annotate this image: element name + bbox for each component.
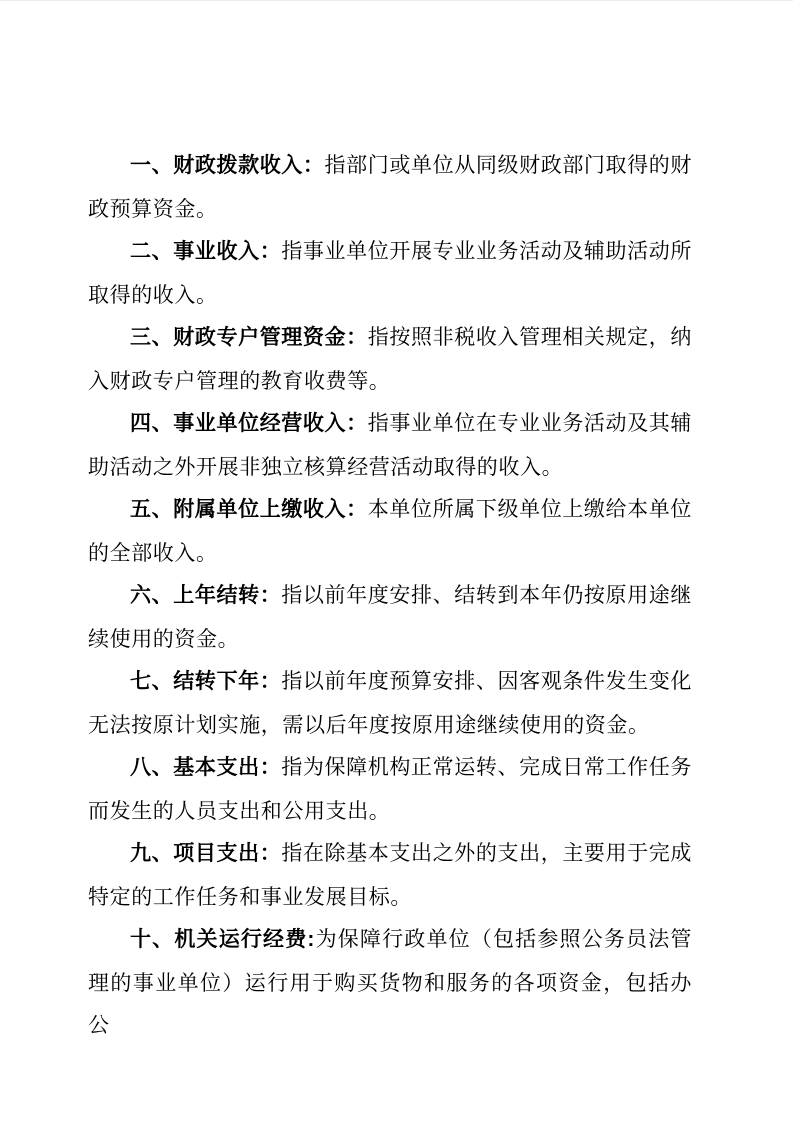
term-label: 九、项目支出： <box>130 842 281 865</box>
term-label: 七、结转下年： <box>130 670 281 693</box>
glossary-paragraph: 二、事业收入：指事业单位开展专业业务活动及辅助活动所取得的收入。 <box>88 230 692 316</box>
glossary-paragraph: 十、机关运行经费:为保障行政单位（包括参照公务员法管理的事业单位）运行用于购买货… <box>88 918 692 1047</box>
term-label: 六、上年结转： <box>130 584 281 607</box>
glossary-paragraph: 八、基本支出：指为保障机构正常运转、完成日常工作任务而发生的人员支出和公用支出。 <box>88 746 692 832</box>
term-label: 五、附属单位上缴收入： <box>130 498 368 521</box>
term-label: 四、事业单位经营收入： <box>130 412 368 435</box>
glossary-paragraph: 一、财政拨款收入：指部门或单位从同级财政部门取得的财政预算资金。 <box>88 144 692 230</box>
term-label: 一、财政拨款收入： <box>130 154 325 177</box>
glossary-paragraph: 五、附属单位上缴收入：本单位所属下级单位上缴给本单位的全部收入。 <box>88 488 692 574</box>
term-label: 八、基本支出： <box>130 756 281 779</box>
glossary-paragraph: 四、事业单位经营收入：指事业单位在专业业务活动及其辅助活动之外开展非独立核算经营… <box>88 402 692 488</box>
glossary-paragraph: 三、财政专户管理资金：指按照非税收入管理相关规定，纳入财政专户管理的教育收费等。 <box>88 316 692 402</box>
document-body: 一、财政拨款收入：指部门或单位从同级财政部门取得的财政预算资金。 二、事业收入：… <box>88 144 692 1047</box>
term-label: 二、事业收入： <box>130 240 281 263</box>
glossary-paragraph: 七、结转下年：指以前年度预算安排、因客观条件发生变化无法按原计划实施，需以后年度… <box>88 660 692 746</box>
term-label: 十、机关运行经费: <box>130 928 315 951</box>
glossary-paragraph: 九、项目支出：指在除基本支出之外的支出，主要用于完成特定的工作任务和事业发展目标… <box>88 832 692 918</box>
term-label: 三、财政专户管理资金： <box>130 326 368 349</box>
document-page: 一、财政拨款收入：指部门或单位从同级财政部门取得的财政预算资金。 二、事业收入：… <box>0 0 793 1122</box>
glossary-paragraph: 六、上年结转：指以前年度安排、结转到本年仍按原用途继续使用的资金。 <box>88 574 692 660</box>
